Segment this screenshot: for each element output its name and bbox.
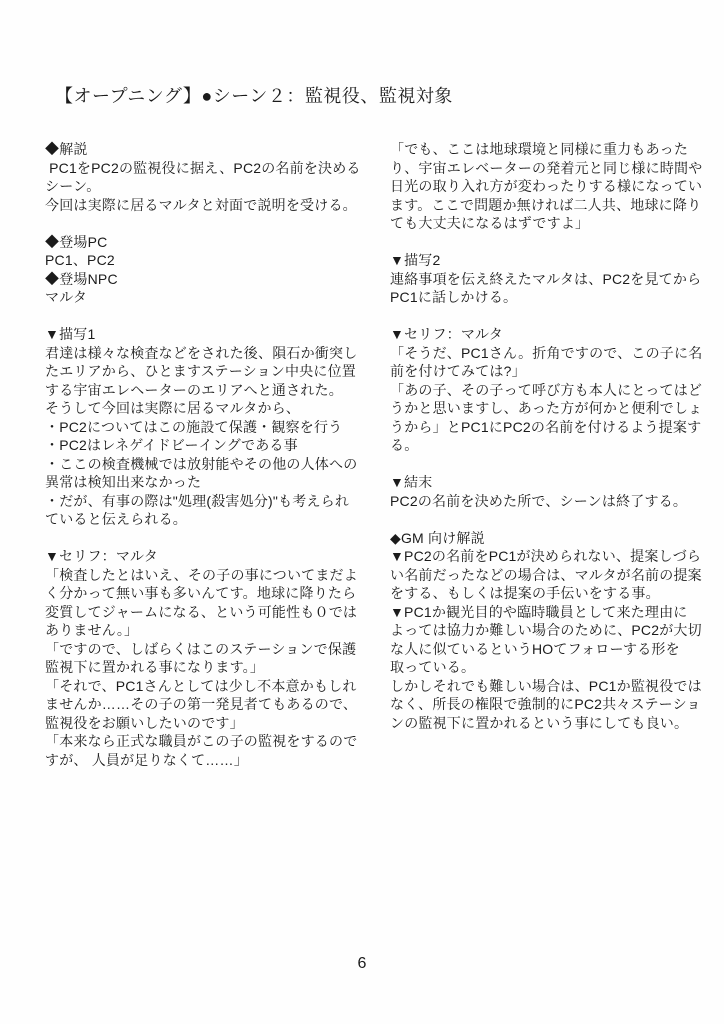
text-line: ◆GM 向け解説 xyxy=(390,529,705,548)
text-line: ありません。」 xyxy=(45,621,375,640)
text-line: マルタ xyxy=(45,288,375,307)
text-line: 君達は様々な検査などをされた後、隕石か衝突し xyxy=(45,344,375,363)
text-line: な人に似ているというHOてフォローする形を xyxy=(390,640,705,659)
text-line: く分かって無い事も多いんてす。地球に降りたら xyxy=(45,584,375,603)
text-line: ▼PC2の名前をPC1が決められない、提案しづら xyxy=(390,547,705,566)
right-column: 「でも、ここは地球環境と同様に重力もあったり、宇宙エレベーターの発着元と同じ様に… xyxy=(390,140,705,751)
text-line: ていると伝えられる。 xyxy=(45,510,375,529)
page-title: 【オープニング】●シーン２：監視役、監視対象 xyxy=(55,82,453,108)
text-line: 「でも、ここは地球環境と同様に重力もあった xyxy=(390,140,705,159)
text-line: ・ここの検査機械では放射能やその他の人体への xyxy=(45,455,375,474)
text-block: ◆登場PCPC1、PC2◆登場NPCマルタ xyxy=(45,233,375,307)
text-line: り、宇宙エレベーターの発着元と同じ様に時間や xyxy=(390,159,705,178)
text-line: 日光の取り入れ方が変わったりする様になってい xyxy=(390,177,705,196)
text-line: たエリアから、ひとますステーション中央に位置 xyxy=(45,362,375,381)
text-line: 「本来なら正式な職員がこの子の監視をするので xyxy=(45,732,375,751)
text-line: ます。ここで問題か無ければ二人共、地球に降り xyxy=(390,196,705,215)
text-line: 「検査したとはいえ、その子の事についてまだよ xyxy=(45,566,375,585)
text-line: そうして今回は実際に居るマルタから、 xyxy=(45,399,375,418)
text-block: ▼セリフ：マルタ「検査したとはいえ、その子の事についてまだよく分かって無い事も多… xyxy=(45,547,375,769)
text-line: ◆登場NPC xyxy=(45,270,375,289)
text-line: ▼結末 xyxy=(390,473,705,492)
text-line: ▼描写2 xyxy=(390,251,705,270)
text-line: ・だが、有事の際は"処理(殺害処分)"も考えられ xyxy=(45,492,375,511)
text-line: ◆登場PC xyxy=(45,233,375,252)
text-line: ・PC2はレネゲイドビーイングである事 xyxy=(45,436,375,455)
text-line: する宇宙エレヘーターのエリアへと通された。 xyxy=(45,381,375,400)
text-line: 前を付けてみては?」 xyxy=(390,362,705,381)
text-line: ◆解説 xyxy=(45,140,375,159)
text-line: PC1に話しかける。 xyxy=(390,288,705,307)
text-block: 「でも、ここは地球環境と同様に重力もあったり、宇宙エレベーターの発着元と同じ様に… xyxy=(390,140,705,233)
text-line: しかしそれでも難しい場合は、PC1か監視役では xyxy=(390,677,705,696)
text-line: 「あの子、その子って呼び方も本人にとってはど xyxy=(390,381,705,400)
text-line: 異常は検知出来なかった xyxy=(45,473,375,492)
text-line: ても大丈夫になるはずですよ」 xyxy=(390,214,705,233)
text-block: ▼セリフ：マルタ「そうだ、PC1さん。折角ですので、この子に名前を付けてみては?… xyxy=(390,325,705,455)
text-block: ◆解説 PC1をPC2の監視役に据え、PC2の名前を決めるシーン。今回は実際に居… xyxy=(45,140,375,214)
text-line: ▼セリフ：マルタ xyxy=(390,325,705,344)
text-line: 取っている。 xyxy=(390,658,705,677)
text-line: 連絡事項を伝え終えたマルタは、PC2を見てから xyxy=(390,270,705,289)
text-line: シーン。 xyxy=(45,177,375,196)
text-line: ンの監視下に置かれるという事にしても良い。 xyxy=(390,714,705,733)
text-line: うから」とPC1にPC2の名前を付けるよう提案す xyxy=(390,418,705,437)
text-line: うかと思いますし、あった方が何かと便利でしょ xyxy=(390,399,705,418)
text-line: 「ですので、しばらくはこのステーションで保護 xyxy=(45,640,375,659)
text-line: ▼PC1か観光目的や臨時職員として来た理由に xyxy=(390,603,705,622)
text-line: ▼描写1 xyxy=(45,325,375,344)
text-line: PC2の名前を決めた所で、シーンは終了する。 xyxy=(390,492,705,511)
text-line: なく、所長の権限で強制的にPC2共々ステーショ xyxy=(390,695,705,714)
text-line: PC1をPC2の監視役に据え、PC2の名前を決める xyxy=(45,159,375,178)
text-line: をする、もしくは提案の手伝いをする事。 xyxy=(390,584,705,603)
text-line: すが、 人員が足りなくて……」 xyxy=(45,751,375,770)
text-line: い名前だったなどの場合は、マルタが名前の提案 xyxy=(390,566,705,585)
text-line: ・PC2についてはこの施設て保護・観察を行う xyxy=(45,418,375,437)
text-line: 「そうだ、PC1さん。折角ですので、この子に名 xyxy=(390,344,705,363)
text-line: 変質してジャームになる、という可能性も０では xyxy=(45,603,375,622)
text-block: ▼描写1君達は様々な検査などをされた後、隕石か衝突したエリアから、ひとますステー… xyxy=(45,325,375,529)
page-number: 6 xyxy=(0,955,724,973)
document-page: 【オープニング】●シーン２：監視役、監視対象 ◆解説 PC1をPC2の監視役に据… xyxy=(0,0,724,1024)
text-line: 監視役をお願いしたいのです」 xyxy=(45,714,375,733)
text-line: PC1、PC2 xyxy=(45,251,375,270)
text-line: 今回は実際に居るマルタと対面で説明を受ける。 xyxy=(45,196,375,215)
text-block: ▼結末PC2の名前を決めた所で、シーンは終了する。 xyxy=(390,473,705,510)
text-line: ▼セリフ：マルタ xyxy=(45,547,375,566)
text-line: 監視下に置かれる事になります。」 xyxy=(45,658,375,677)
text-block: ▼描写2連絡事項を伝え終えたマルタは、PC2を見てからPC1に話しかける。 xyxy=(390,251,705,307)
text-line: 「それで、PC1さんとしては少し不本意かもしれ xyxy=(45,677,375,696)
text-line: ませんか……その子の第一発見者てもあるので、 xyxy=(45,695,375,714)
text-block: ◆GM 向け解説▼PC2の名前をPC1が決められない、提案しづらい名前だったなど… xyxy=(390,529,705,733)
left-column: ◆解説 PC1をPC2の監視役に据え、PC2の名前を決めるシーン。今回は実際に居… xyxy=(45,140,375,788)
text-line: よっては協力か難しい場合のために、PC2が大切 xyxy=(390,621,705,640)
text-line: る。 xyxy=(390,436,705,455)
